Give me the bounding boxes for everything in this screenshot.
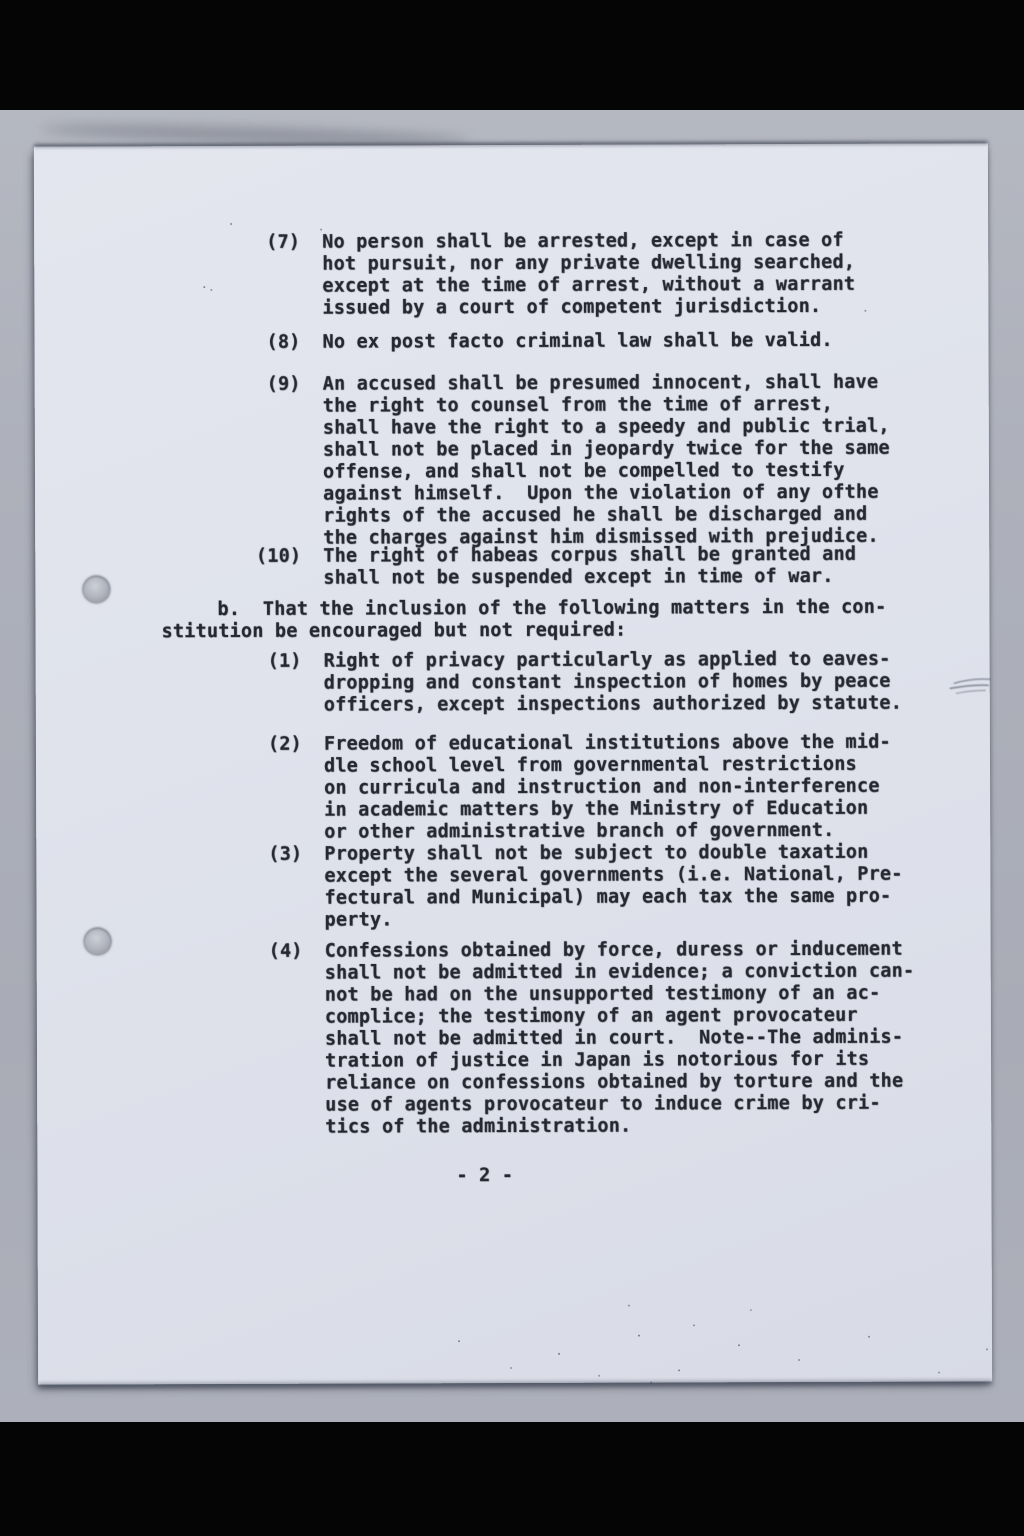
list-item-number: (4) bbox=[219, 941, 303, 963]
list-item-text: Freedom of educational institutions abov… bbox=[324, 732, 891, 844]
list-item-text: An accused shall be presumed innocent, s… bbox=[323, 372, 891, 550]
list-item-text: Property shall not be subject to double … bbox=[324, 842, 903, 932]
list-item-number: (2) bbox=[218, 734, 302, 756]
punch-hole-top bbox=[82, 575, 110, 603]
list-item-text: No person shall be arrested, except in c… bbox=[322, 230, 855, 320]
list-item-number: (10) bbox=[217, 546, 301, 568]
list-item-number: (1) bbox=[218, 651, 302, 673]
dust-specks bbox=[34, 147, 36, 149]
list-item-number: (8) bbox=[216, 332, 300, 354]
paragraph-b-line-1: b. That the inclusion of the following m… bbox=[217, 597, 886, 621]
list-item-text: Confessions obtained by force, duress or… bbox=[325, 939, 915, 1139]
pencil-mark bbox=[948, 674, 994, 700]
paragraph-b-line-2: stitution be encouraged but not required… bbox=[161, 620, 626, 644]
scanned-document-image: { "document": { "page_number": "- 2 -", … bbox=[0, 0, 1024, 1536]
page-number: - 2 - bbox=[456, 1165, 513, 1187]
list-item-number: (9) bbox=[217, 374, 301, 396]
list-item-text: No ex post facto criminal law shall be v… bbox=[322, 330, 832, 354]
document-page: (7) No person shall be arrested, except … bbox=[34, 143, 992, 1384]
list-item-text: Right of privacy particularly as applied… bbox=[324, 649, 902, 717]
punch-hole-bottom bbox=[84, 927, 112, 955]
list-item-text: The right of habeas corpus shall be gran… bbox=[323, 544, 856, 590]
list-item-number: (3) bbox=[218, 844, 302, 866]
list-item-number: (7) bbox=[216, 232, 300, 254]
